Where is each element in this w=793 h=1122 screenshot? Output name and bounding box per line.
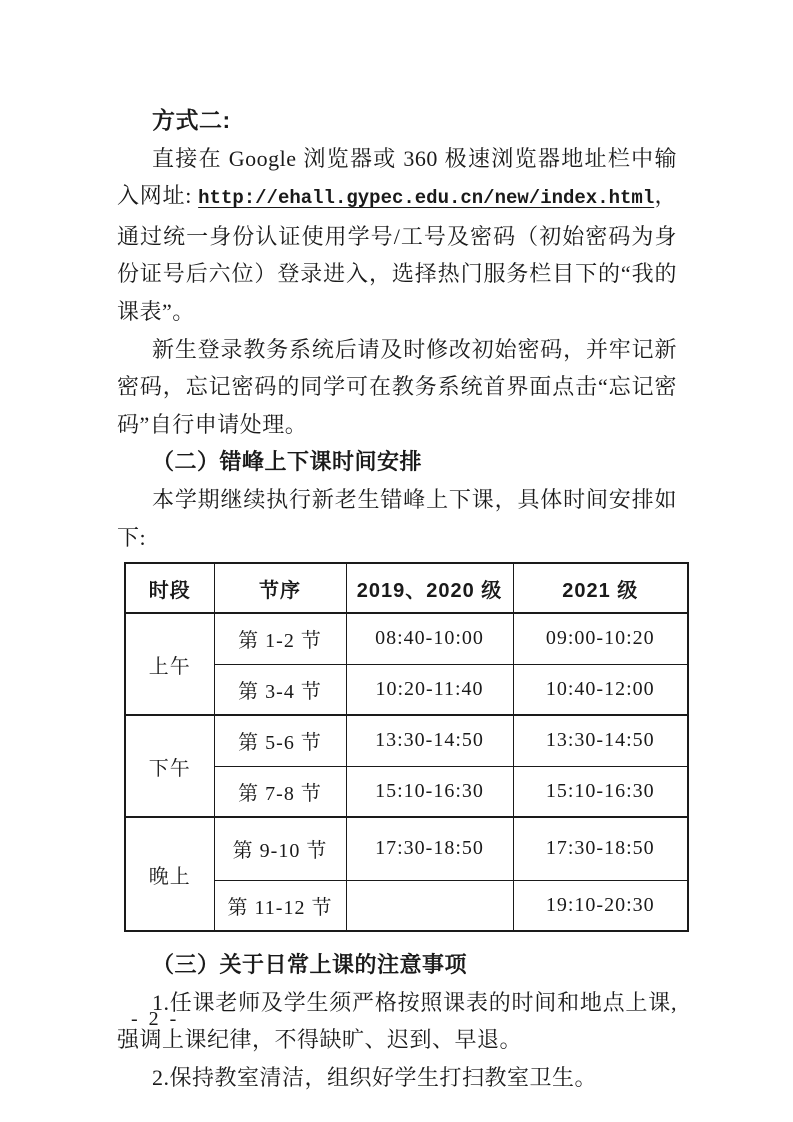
page-number: - 2 - bbox=[131, 1008, 179, 1031]
document-content: 方式二: 直接在 Google 浏览器或 360 极速浏览器地址栏中输入网址: … bbox=[117, 102, 677, 1097]
time-cell-2019-2020: 17:30-18:50 bbox=[346, 817, 513, 880]
time-cell-2021: 09:00-10:20 bbox=[513, 613, 688, 664]
section3-heading: （三）关于日常上课的注意事项 bbox=[117, 946, 677, 984]
header-grade-2019-2020: 2019、2020 级 bbox=[346, 563, 513, 613]
time-cell-2021: 10:40-12:00 bbox=[513, 664, 688, 715]
session-cell: 第 7-8 节 bbox=[214, 766, 346, 817]
session-cell: 第 11-12 节 bbox=[214, 880, 346, 931]
time-cell-2019-2020: 13:30-14:50 bbox=[346, 715, 513, 766]
session-cell: 第 5-6 节 bbox=[214, 715, 346, 766]
paragraph-url: 直接在 Google 浏览器或 360 极速浏览器地址栏中输入网址: http:… bbox=[117, 140, 677, 331]
paragraph-schedule-intro: 本学期继续执行新老生错峰上下课，具体时间安排如下: bbox=[117, 481, 677, 556]
document-page: 方式二: 直接在 Google 浏览器或 360 极速浏览器地址栏中输入网址: … bbox=[0, 0, 793, 1122]
note-item-1: 1.任课老师及学生须严格按照课表的时间和地点上课,强调上课纪律，不得缺旷、迟到、… bbox=[117, 984, 677, 1059]
schedule-row: 上午 第 1-2 节 08:40-10:00 09:00-10:20 bbox=[125, 613, 688, 664]
schedule-row: 下午 第 5-6 节 13:30-14:50 13:30-14:50 bbox=[125, 715, 688, 766]
method2-heading: 方式二: bbox=[117, 102, 677, 140]
time-cell-2021: 13:30-14:50 bbox=[513, 715, 688, 766]
header-session: 节序 bbox=[214, 563, 346, 613]
session-cell: 第 9-10 节 bbox=[214, 817, 346, 880]
paragraph-password: 新生登录教务系统后请及时修改初始密码，并牢记新密码，忘记密码的同学可在教务系统首… bbox=[117, 331, 677, 444]
time-cell-2019-2020: 15:10-16:30 bbox=[346, 766, 513, 817]
header-period: 时段 bbox=[125, 563, 214, 613]
time-cell-2021: 19:10-20:30 bbox=[513, 880, 688, 931]
schedule-table: 时段 节序 2019、2020 级 2021 级 上午 第 1-2 节 08:4… bbox=[124, 562, 689, 932]
time-cell-2019-2020-empty bbox=[346, 880, 513, 931]
period-cell-evening: 晚上 bbox=[125, 817, 214, 931]
time-cell-2021: 17:30-18:50 bbox=[513, 817, 688, 880]
note-item-2: 2.保持教室清洁，组织好学生打扫教室卫生。 bbox=[117, 1059, 677, 1097]
session-cell: 第 1-2 节 bbox=[214, 613, 346, 664]
header-grade-2021: 2021 级 bbox=[513, 563, 688, 613]
ehall-url-link[interactable]: http://ehall.gypec.edu.cn/new/index.html bbox=[198, 187, 654, 209]
period-cell-afternoon: 下午 bbox=[125, 715, 214, 817]
schedule-header-row: 时段 节序 2019、2020 级 2021 级 bbox=[125, 563, 688, 613]
time-cell-2021: 15:10-16:30 bbox=[513, 766, 688, 817]
time-cell-2019-2020: 08:40-10:00 bbox=[346, 613, 513, 664]
section2-heading: （二）错峰上下课时间安排 bbox=[117, 443, 677, 481]
session-cell: 第 3-4 节 bbox=[214, 664, 346, 715]
period-cell-morning: 上午 bbox=[125, 613, 214, 715]
schedule-row: 晚上 第 9-10 节 17:30-18:50 17:30-18:50 bbox=[125, 817, 688, 880]
time-cell-2019-2020: 10:20-11:40 bbox=[346, 664, 513, 715]
